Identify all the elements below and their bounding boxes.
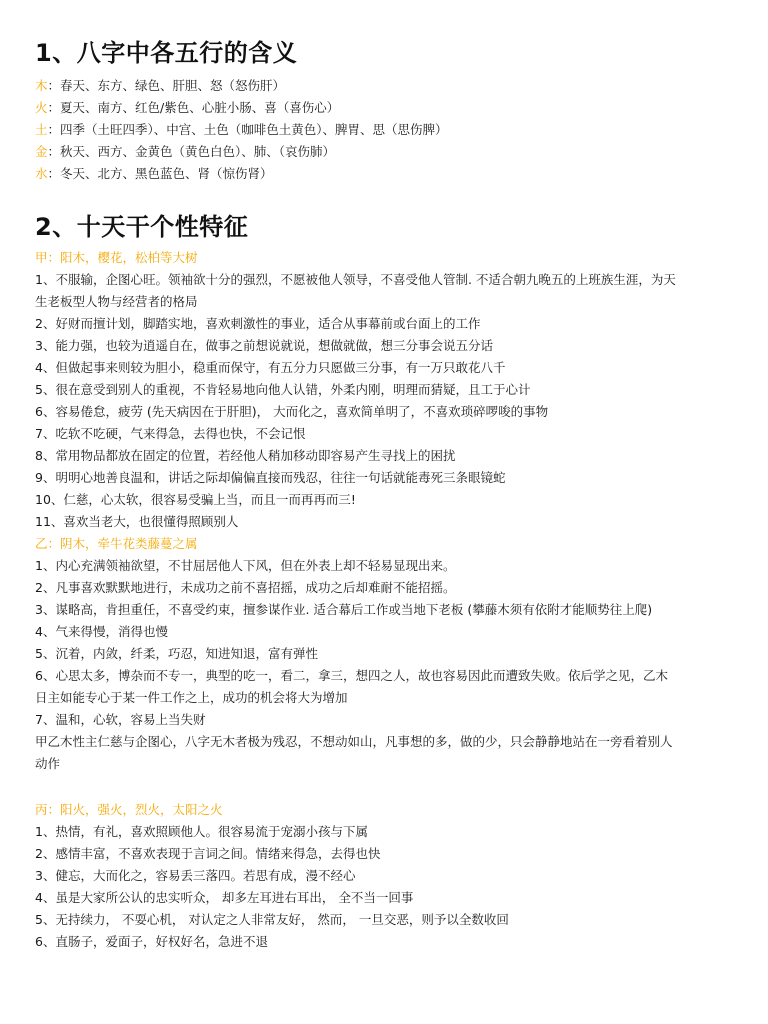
yi-line: 2、凡事喜欢默默地进行，未成功之前不喜招摇，成功之后却难耐不能招摇。: [35, 577, 455, 599]
bing-line: 3、健忘，大而化之，容易丢三落四。若思有成，漫不经心: [35, 865, 355, 887]
element-label: 木: [35, 78, 48, 93]
bing-line: 4、虽是大家所公认的忠实听众， 却多左耳进右耳出， 全不当一回事: [35, 887, 413, 909]
element-row-metal: 金：秋天、西方、金黄色（黄色白色）、肺、（哀伤肺）: [35, 141, 335, 163]
yi-line: 4、气来得慢，消得也慢: [35, 621, 168, 643]
stem-heading-yi: 乙：阴木，牵牛花类藤蔓之属: [35, 533, 198, 555]
yi-line: 1、内心充满领袖欲望，不甘屈居他人下风，但在外表上却不轻易显现出来。: [35, 555, 455, 577]
bing-line: 1、热情，有礼，喜欢照顾他人。很容易流于宠溺小孩与下属: [35, 821, 368, 843]
element-sep: ：: [48, 144, 61, 159]
bing-line: 5、无持续力， 不耍心机， 对认定之人非常友好， 然而， 一旦交恶，则予以全数收…: [35, 909, 509, 931]
element-row-fire: 火：夏天、南方、红色/紫色、心脏小肠、喜（喜伤心）: [35, 97, 339, 119]
jia-line: 11、喜欢当老大，也很懂得照顾别人: [35, 511, 238, 533]
element-label: 土: [35, 122, 48, 137]
element-text: 秋天、西方、金黄色（黄色白色）、肺、（哀伤肺）: [60, 144, 335, 159]
section-title-heavenly-stems: 2、十天干个性特征: [35, 212, 248, 242]
element-label: 水: [35, 166, 48, 181]
jia-line: 生老板型人物与经营者的格局: [35, 291, 198, 313]
element-text: 冬天、北方、黑色蓝色、肾（惊伤肾）: [60, 166, 273, 181]
jia-line: 3、能力强，也较为逍遥自在，做事之前想说就说，想做就做，想三分事会说五分话: [35, 335, 493, 357]
stem-heading-jia: 甲：阳木，樱花，松柏等大树: [35, 247, 198, 269]
element-sep: ：: [48, 78, 61, 93]
jia-line: 9、明明心地善良温和，讲话之际却偏偏直接而残忍，往往一句话就能毒死三条眼镜蛇: [35, 467, 505, 489]
jia-line: 4、但做起事来则较为胆小，稳重而保守，有五分力只愿做三分事，有一万只敢花八千: [35, 357, 505, 379]
yi-line: 6、心思太多，博杂而不专一，典型的吃一，看二，拿三，想四之人，故也容易因此而遭致…: [35, 665, 668, 687]
element-sep: ：: [48, 100, 61, 115]
element-label: 金: [35, 144, 48, 159]
yi-line: 5、沉着，内敛，纤柔，巧忍，知进知退，富有弹性: [35, 643, 318, 665]
element-text: 四季（土旺四季）、中宫、土色（咖啡色土黄色）、脾胃、思（思伤脾）: [60, 122, 448, 137]
stem-heading-bing: 丙：阳火，强火，烈火，太阳之火: [35, 799, 223, 821]
element-text: 夏天、南方、红色/紫色、心脏小肠、喜（喜伤心）: [60, 100, 339, 115]
yi-summary-line: 动作: [35, 753, 60, 775]
element-sep: ：: [48, 166, 61, 181]
jia-line: 1、不服输，企图心旺。领袖欲十分的强烈，不愿被他人领导，不喜受他人管制. 不适合…: [35, 269, 676, 291]
yi-summary-line: 甲乙木性主仁慈与企图心，八字无木者极为残忍，不想动如山，凡事想的多，做的少，只会…: [35, 731, 673, 753]
jia-line: 7、吃软不吃硬，气来得急，去得也快，不会记恨: [35, 423, 305, 445]
element-row-water: 水：冬天、北方、黑色蓝色、肾（惊伤肾）: [35, 163, 273, 185]
bing-line: 2、感情丰富，不喜欢表现于言词之间。情绪来得急，去得也快: [35, 843, 380, 865]
element-row-earth: 土：四季（土旺四季）、中宫、土色（咖啡色土黄色）、脾胃、思（思伤脾）: [35, 119, 448, 141]
element-sep: ：: [48, 122, 61, 137]
yi-line: 7、温和，心软，容易上当失财: [35, 709, 205, 731]
section-title-five-elements: 1、八字中各五行的含义: [35, 38, 297, 68]
element-label: 火: [35, 100, 48, 115]
yi-line: 日主如能专心于某一件工作之上，成功的机会将大为增加: [35, 687, 348, 709]
yi-line: 3、谋略高，肯担重任，不喜受约束，擅参谋作业. 适合幕后工作或当地下老板 (攀藤…: [35, 599, 652, 621]
bing-line: 6、直肠子，爱面子，好权好名，急进不退: [35, 931, 268, 953]
element-row-wood: 木：春天、东方、绿色、肝胆、怒（怒伤肝）: [35, 75, 285, 97]
jia-line: 2、好财而擅计划，脚踏实地，喜欢刺激性的事业，适合从事幕前或台面上的工作: [35, 313, 480, 335]
jia-line: 10、仁慈，心太软，很容易受骗上当，而且一而再再而三!: [35, 489, 356, 511]
jia-line: 8、常用物品都放在固定的位置，若经他人稍加移动即容易产生寻找上的困扰: [35, 445, 455, 467]
element-text: 春天、东方、绿色、肝胆、怒（怒伤肝）: [60, 78, 285, 93]
jia-line: 6、容易倦怠，疲劳 (先天病因在于肝胆)， 大而化之，喜欢简单明了，不喜欢琐碎啰…: [35, 401, 548, 423]
jia-line: 5、很在意受到别人的重视，不肯轻易地向他人认错，外柔内刚，明理而猜疑，且工于心计: [35, 379, 530, 401]
